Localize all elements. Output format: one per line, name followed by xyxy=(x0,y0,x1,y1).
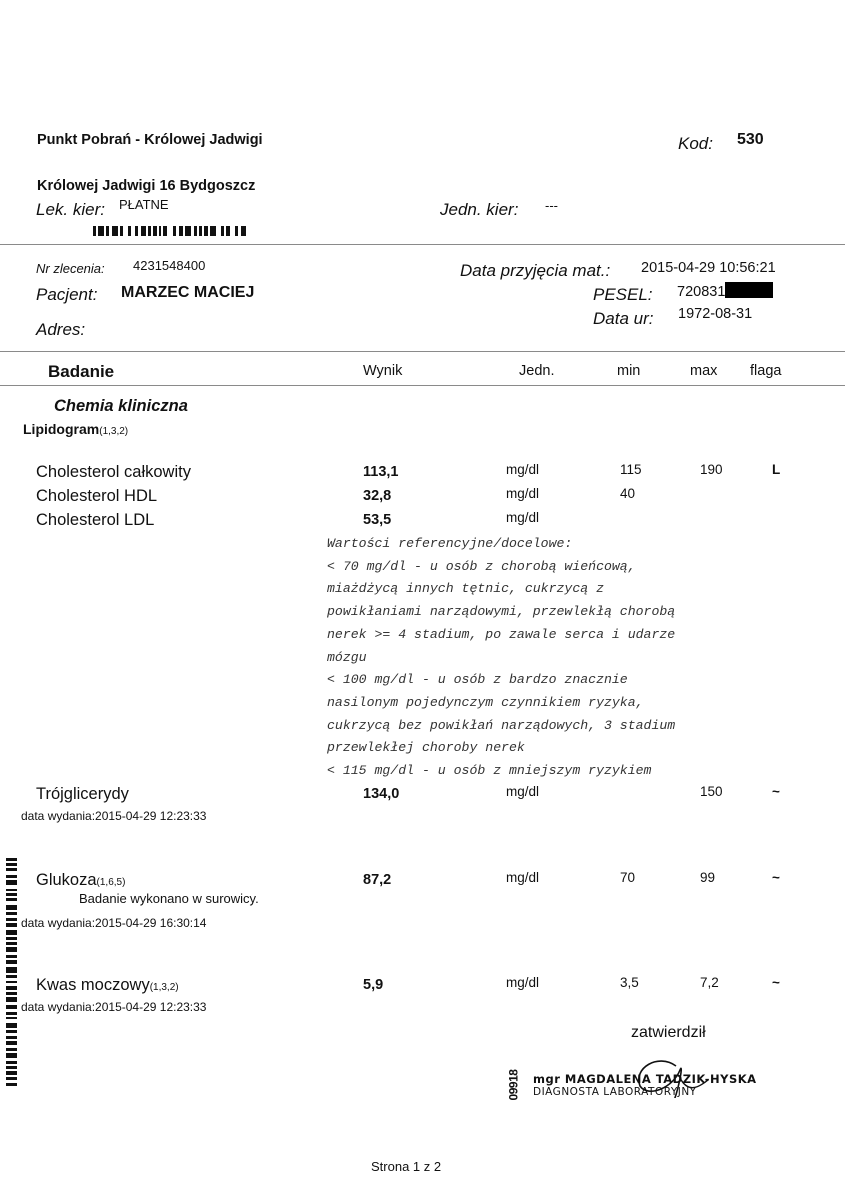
nr-zlecenia-label: Nr zlecenia: xyxy=(36,261,105,276)
ldl-reference-line: nasilonym pojedynczym czynnikiem ryzyka, xyxy=(327,692,675,715)
result-min: 115 xyxy=(620,462,642,477)
result-suffix: (1,3,2) xyxy=(150,982,179,993)
result-value: 53,5 xyxy=(363,512,391,528)
result-name: Cholesterol HDL xyxy=(36,487,157,506)
group-name: Lipidogram xyxy=(23,421,99,437)
result-value: 113,1 xyxy=(363,464,399,480)
col-max: max xyxy=(690,363,717,379)
result-unit: mg/dl xyxy=(506,510,539,525)
col-min: min xyxy=(617,363,640,379)
result-unit: mg/dl xyxy=(506,870,539,885)
pacjent-value: MARZEC MACIEJ xyxy=(121,284,254,302)
result-issued-date: data wydania:2015-04-29 12:23:33 xyxy=(21,1000,206,1014)
result-issued-date: data wydania:2015-04-29 16:30:14 xyxy=(21,916,206,930)
group-title: Lipidogram(1,3,2) xyxy=(23,421,128,437)
ldl-reference-line: miażdżycą innych tętnic, cukrzycą z xyxy=(327,578,675,601)
divider xyxy=(0,244,845,245)
result-name-text: Glukoza xyxy=(36,871,97,889)
data-przyjecia-value: 2015-04-29 10:56:21 xyxy=(641,260,776,276)
result-name: Glukoza(1,6,5) xyxy=(36,871,125,890)
result-name: Kwas moczowy(1,3,2) xyxy=(36,976,179,995)
section-title: Chemia kliniczna xyxy=(54,397,188,416)
ldl-reference-line: < 70 mg/dl - u osób z chorobą wieńcową, xyxy=(327,556,675,579)
nr-zlecenia-value: 4231548400 xyxy=(133,258,205,273)
result-note: Badanie wykonano w surowicy. xyxy=(79,891,259,906)
result-max: 7,2 xyxy=(700,975,719,990)
result-value: 87,2 xyxy=(363,872,391,888)
result-flag: ~ xyxy=(772,870,780,885)
pesel-visible: 720831 xyxy=(677,284,725,300)
ldl-reference-line: Wartości referencyjne/docelowe: xyxy=(327,533,675,556)
result-suffix: (1,6,5) xyxy=(97,877,126,888)
result-name-text: Trójglicerydy xyxy=(36,785,129,803)
ldl-reference-line: < 115 mg/dl - u osób z mniejszym ryzykie… xyxy=(327,760,675,783)
result-name: Cholesterol całkowity xyxy=(36,463,191,482)
jedn-kier-label: Jedn. kier: xyxy=(440,200,518,220)
kod-value: 530 xyxy=(737,131,764,149)
order-barcode xyxy=(93,226,246,236)
page-indicator: Strona 1 z 2 xyxy=(371,1159,441,1174)
result-max: 99 xyxy=(700,870,715,885)
result-flag: ~ xyxy=(772,784,780,799)
kod-label: Kod: xyxy=(678,134,713,154)
ldl-reference-note: Wartości referencyjne/docelowe:< 70 mg/d… xyxy=(327,533,675,783)
result-unit: mg/dl xyxy=(506,462,539,477)
lek-kier-label: Lek. kier: xyxy=(36,200,105,220)
col-wynik: Wynik xyxy=(363,363,402,379)
col-flaga: flaga xyxy=(750,363,781,379)
side-barcode xyxy=(6,858,17,1086)
col-jedn: Jedn. xyxy=(519,363,554,379)
result-flag: L xyxy=(772,462,780,477)
group-suffix: (1,3,2) xyxy=(99,426,128,437)
ldl-reference-line: powikłaniami narządowymi, przewlekłą cho… xyxy=(327,601,675,624)
pesel-redaction xyxy=(725,282,773,298)
result-name-text: Cholesterol LDL xyxy=(36,511,154,529)
result-min: 70 xyxy=(620,870,635,885)
lek-kier-value: PŁATNE xyxy=(119,197,169,212)
result-issued-date: data wydania:2015-04-29 12:23:33 xyxy=(21,809,206,823)
result-unit: mg/dl xyxy=(506,784,539,799)
data-ur-label: Data ur: xyxy=(593,309,653,329)
result-max: 150 xyxy=(700,784,723,799)
result-name-text: Kwas moczowy xyxy=(36,976,150,994)
divider xyxy=(0,351,845,352)
facility-address: Królowej Jadwigi 16 Bydgoszcz xyxy=(37,178,255,194)
result-name-text: Cholesterol HDL xyxy=(36,487,157,505)
result-unit: mg/dl xyxy=(506,975,539,990)
jedn-kier-value: --- xyxy=(545,198,558,213)
data-przyjecia-label: Data przyjęcia mat.: xyxy=(460,261,610,281)
result-min: 40 xyxy=(620,486,635,501)
col-badanie: Badanie xyxy=(48,362,114,382)
result-value: 5,9 xyxy=(363,977,383,993)
result-name: Cholesterol LDL xyxy=(36,511,154,530)
pesel-label: PESEL: xyxy=(593,285,653,305)
ldl-reference-line: nerek >= 4 stadium, po zawale serca i ud… xyxy=(327,624,675,647)
data-ur-value: 1972-08-31 xyxy=(678,306,752,322)
result-min: 3,5 xyxy=(620,975,639,990)
result-value: 134,0 xyxy=(363,786,399,802)
result-value: 32,8 xyxy=(363,488,391,504)
ldl-reference-line: cukrzycą bez powikłań narządowych, 3 sta… xyxy=(327,715,675,738)
pacjent-label: Pacjent: xyxy=(36,285,97,305)
result-name-text: Cholesterol całkowity xyxy=(36,463,191,481)
result-name: Trójglicerydy xyxy=(36,785,129,804)
pesel-value: 720831 xyxy=(677,282,773,300)
facility-name: Punkt Pobrań - Królowej Jadwigi xyxy=(37,132,263,148)
divider xyxy=(0,385,845,386)
result-max: 190 xyxy=(700,462,723,477)
signature-stamp: 09918 mgr MAGDALENA TADZIK-HYSKA DIAGNOS… xyxy=(508,1058,838,1118)
ldl-reference-line: mózgu xyxy=(327,647,675,670)
handwritten-signature-icon xyxy=(508,1038,838,1098)
ldl-reference-line: < 100 mg/dl - u osób z bardzo znacznie xyxy=(327,669,675,692)
adres-label: Adres: xyxy=(36,320,85,340)
ldl-reference-line: przewlekłej choroby nerek xyxy=(327,737,675,760)
result-flag: ~ xyxy=(772,975,780,990)
result-unit: mg/dl xyxy=(506,486,539,501)
